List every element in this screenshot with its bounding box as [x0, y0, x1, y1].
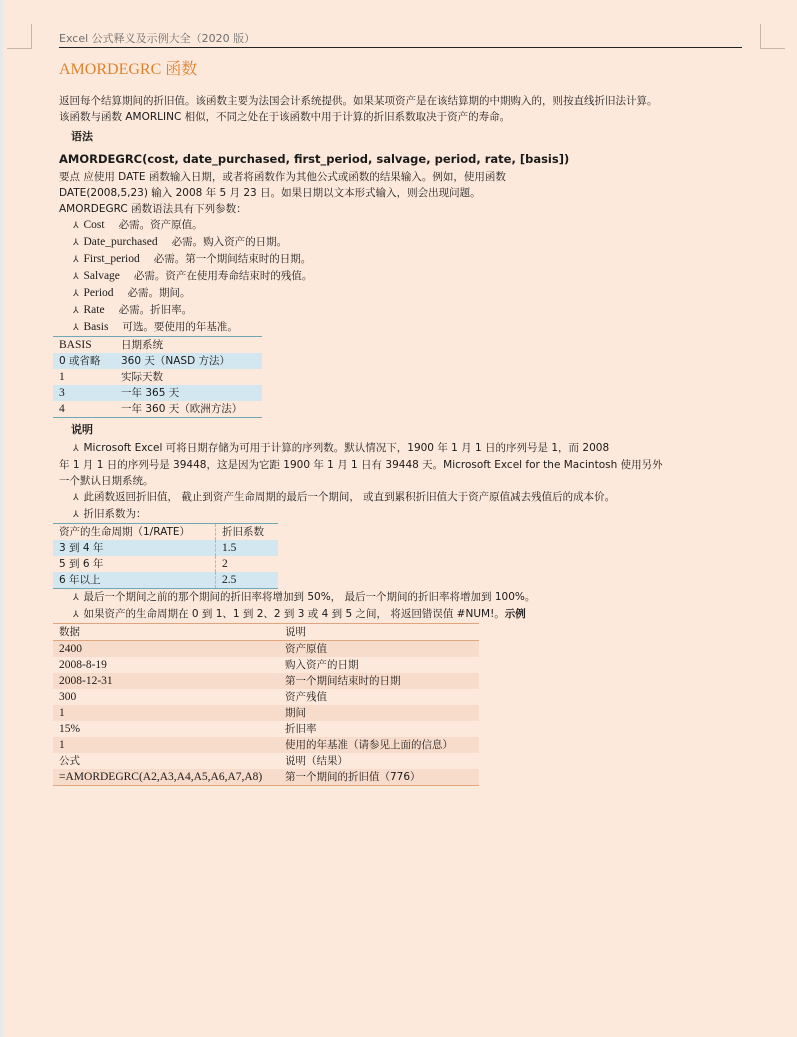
table-row: 0 或省略360 天（NASD 方法）: [53, 353, 262, 369]
remark-item: ⅄如果资产的生命周期在 0 到 1、1 到 2、2 到 3 或 4 到 5 之间…: [73, 606, 759, 623]
running-header: Excel 公式释义及示例大全（2020 版）: [59, 31, 742, 48]
document-body: 返回每个结算期间的折旧值。该函数主要为法国会计系统提供。如果某项资产是在该结算期…: [59, 93, 759, 786]
syntax-heading: 语法: [71, 129, 759, 145]
table-header-row: BASIS日期系统: [53, 337, 262, 354]
param-item: ⅄Basis可选。要使用的年基准。: [73, 319, 759, 336]
table-row: 公式说明（结果）: [53, 753, 479, 769]
table-row: 1期间: [53, 705, 479, 721]
remark-item: ⅄Microsoft Excel 可将日期存储为可用于计算的序列数。默认情况下，…: [73, 440, 759, 457]
bullet-icon: ⅄: [73, 610, 79, 620]
table-row: 5 到 6 年2: [53, 556, 278, 572]
intro-line: 该函数与函数 AMORLINC 相似，不同之处在于该函数中用于计算的折旧系数取决…: [59, 109, 759, 125]
crop-mark-top-right: [760, 24, 785, 49]
table-row: =AMORDEGRC(A2,A3,A4,A5,A6,A7,A8)第一个期间的折旧…: [53, 769, 479, 786]
example-heading: 示例: [505, 608, 526, 620]
table-row: 2400资产原值: [53, 641, 479, 658]
intro-line: 返回每个结算期间的折旧值。该函数主要为法国会计系统提供。如果某项资产是在该结算期…: [59, 93, 759, 109]
bullet-icon: ⅄: [73, 238, 79, 248]
page-title: AMORDEGRC 函数: [59, 56, 197, 79]
remark-item: ⅄最后一个期间之前的那个期间的折旧率将增加到 50%， 最后一个期间的折旧率将增…: [73, 589, 759, 606]
param-item: ⅄First_period必需。第一个期间结束时的日期。: [73, 251, 759, 268]
table-row: 15%折旧率: [53, 721, 479, 737]
param-item: ⅄Date_purchased必需。购入资产的日期。: [73, 234, 759, 251]
syntax-signature: AMORDEGRC(cost, date_purchased, first_pe…: [59, 151, 759, 167]
param-item: ⅄Salvage必需。资产在使用寿命结束时的残值。: [73, 268, 759, 285]
param-item: ⅄Period必需。期间。: [73, 285, 759, 302]
table-row: 3一年 365 天: [53, 385, 262, 401]
bullet-icon: ⅄: [73, 510, 79, 520]
note-line: AMORDEGRC 函数语法具有下列参数：: [59, 201, 759, 217]
note-line: DATE(2008,5,23) 输入 2008 年 5 月 23 日。如果日期以…: [59, 185, 759, 201]
bullet-icon: ⅄: [73, 289, 79, 299]
bullet-icon: ⅄: [73, 493, 79, 503]
param-item: ⅄Rate必需。折旧率。: [73, 302, 759, 319]
table-header-row: 数据说明: [53, 624, 479, 641]
factor-table: 资产的生命周期（1/RATE）折旧系数 3 到 4 年1.5 5 到 6 年2 …: [53, 523, 278, 589]
remark-continuation: 一个默认日期系统。: [59, 473, 759, 489]
remark-continuation: 年 1 月 1 日的序列号是 39448，这是因为它距 1900 年 1 月 1…: [59, 457, 759, 473]
table-row: 2008-8-19购入资产的日期: [53, 657, 479, 673]
bullet-icon: ⅄: [73, 255, 79, 265]
remark-item: ⅄折旧系数为：: [73, 506, 759, 523]
param-list: ⅄Cost必需。资产原值。 ⅄Date_purchased必需。购入资产的日期。…: [59, 217, 759, 336]
remark-item: ⅄此函数返回折旧值， 截止到资产生命周期的最后一个期间， 或直到累积折旧值大于资…: [73, 489, 759, 506]
table-row: 6 年以上2.5: [53, 572, 278, 589]
remarks-heading: 说明: [71, 422, 759, 438]
table-row: 300资产残值: [53, 689, 479, 705]
bullet-icon: ⅄: [73, 221, 79, 231]
param-item: ⅄Cost必需。资产原值。: [73, 217, 759, 234]
bullet-icon: ⅄: [73, 444, 79, 454]
crop-mark-top-left: [7, 24, 32, 49]
table-row: 4一年 360 天（欧洲方法）: [53, 401, 262, 418]
example-table: 数据说明 2400资产原值 2008-8-19购入资产的日期 2008-12-3…: [53, 623, 479, 786]
bullet-icon: ⅄: [73, 323, 79, 333]
table-row: 2008-12-31第一个期间结束时的日期: [53, 673, 479, 689]
table-row: 1使用的年基准（请参见上面的信息）: [53, 737, 479, 753]
basis-table: BASIS日期系统 0 或省略360 天（NASD 方法） 1实际天数 3一年 …: [53, 336, 262, 418]
note-line: 要点 应使用 DATE 函数输入日期，或者将函数作为其他公式或函数的结果输入。例…: [59, 169, 759, 185]
bullet-icon: ⅄: [73, 306, 79, 316]
bullet-icon: ⅄: [73, 593, 79, 603]
table-header-row: 资产的生命周期（1/RATE）折旧系数: [53, 524, 278, 541]
table-row: 3 到 4 年1.5: [53, 540, 278, 556]
page-left-edge: [0, 0, 3, 1037]
table-row: 1实际天数: [53, 369, 262, 385]
bullet-icon: ⅄: [73, 272, 79, 282]
